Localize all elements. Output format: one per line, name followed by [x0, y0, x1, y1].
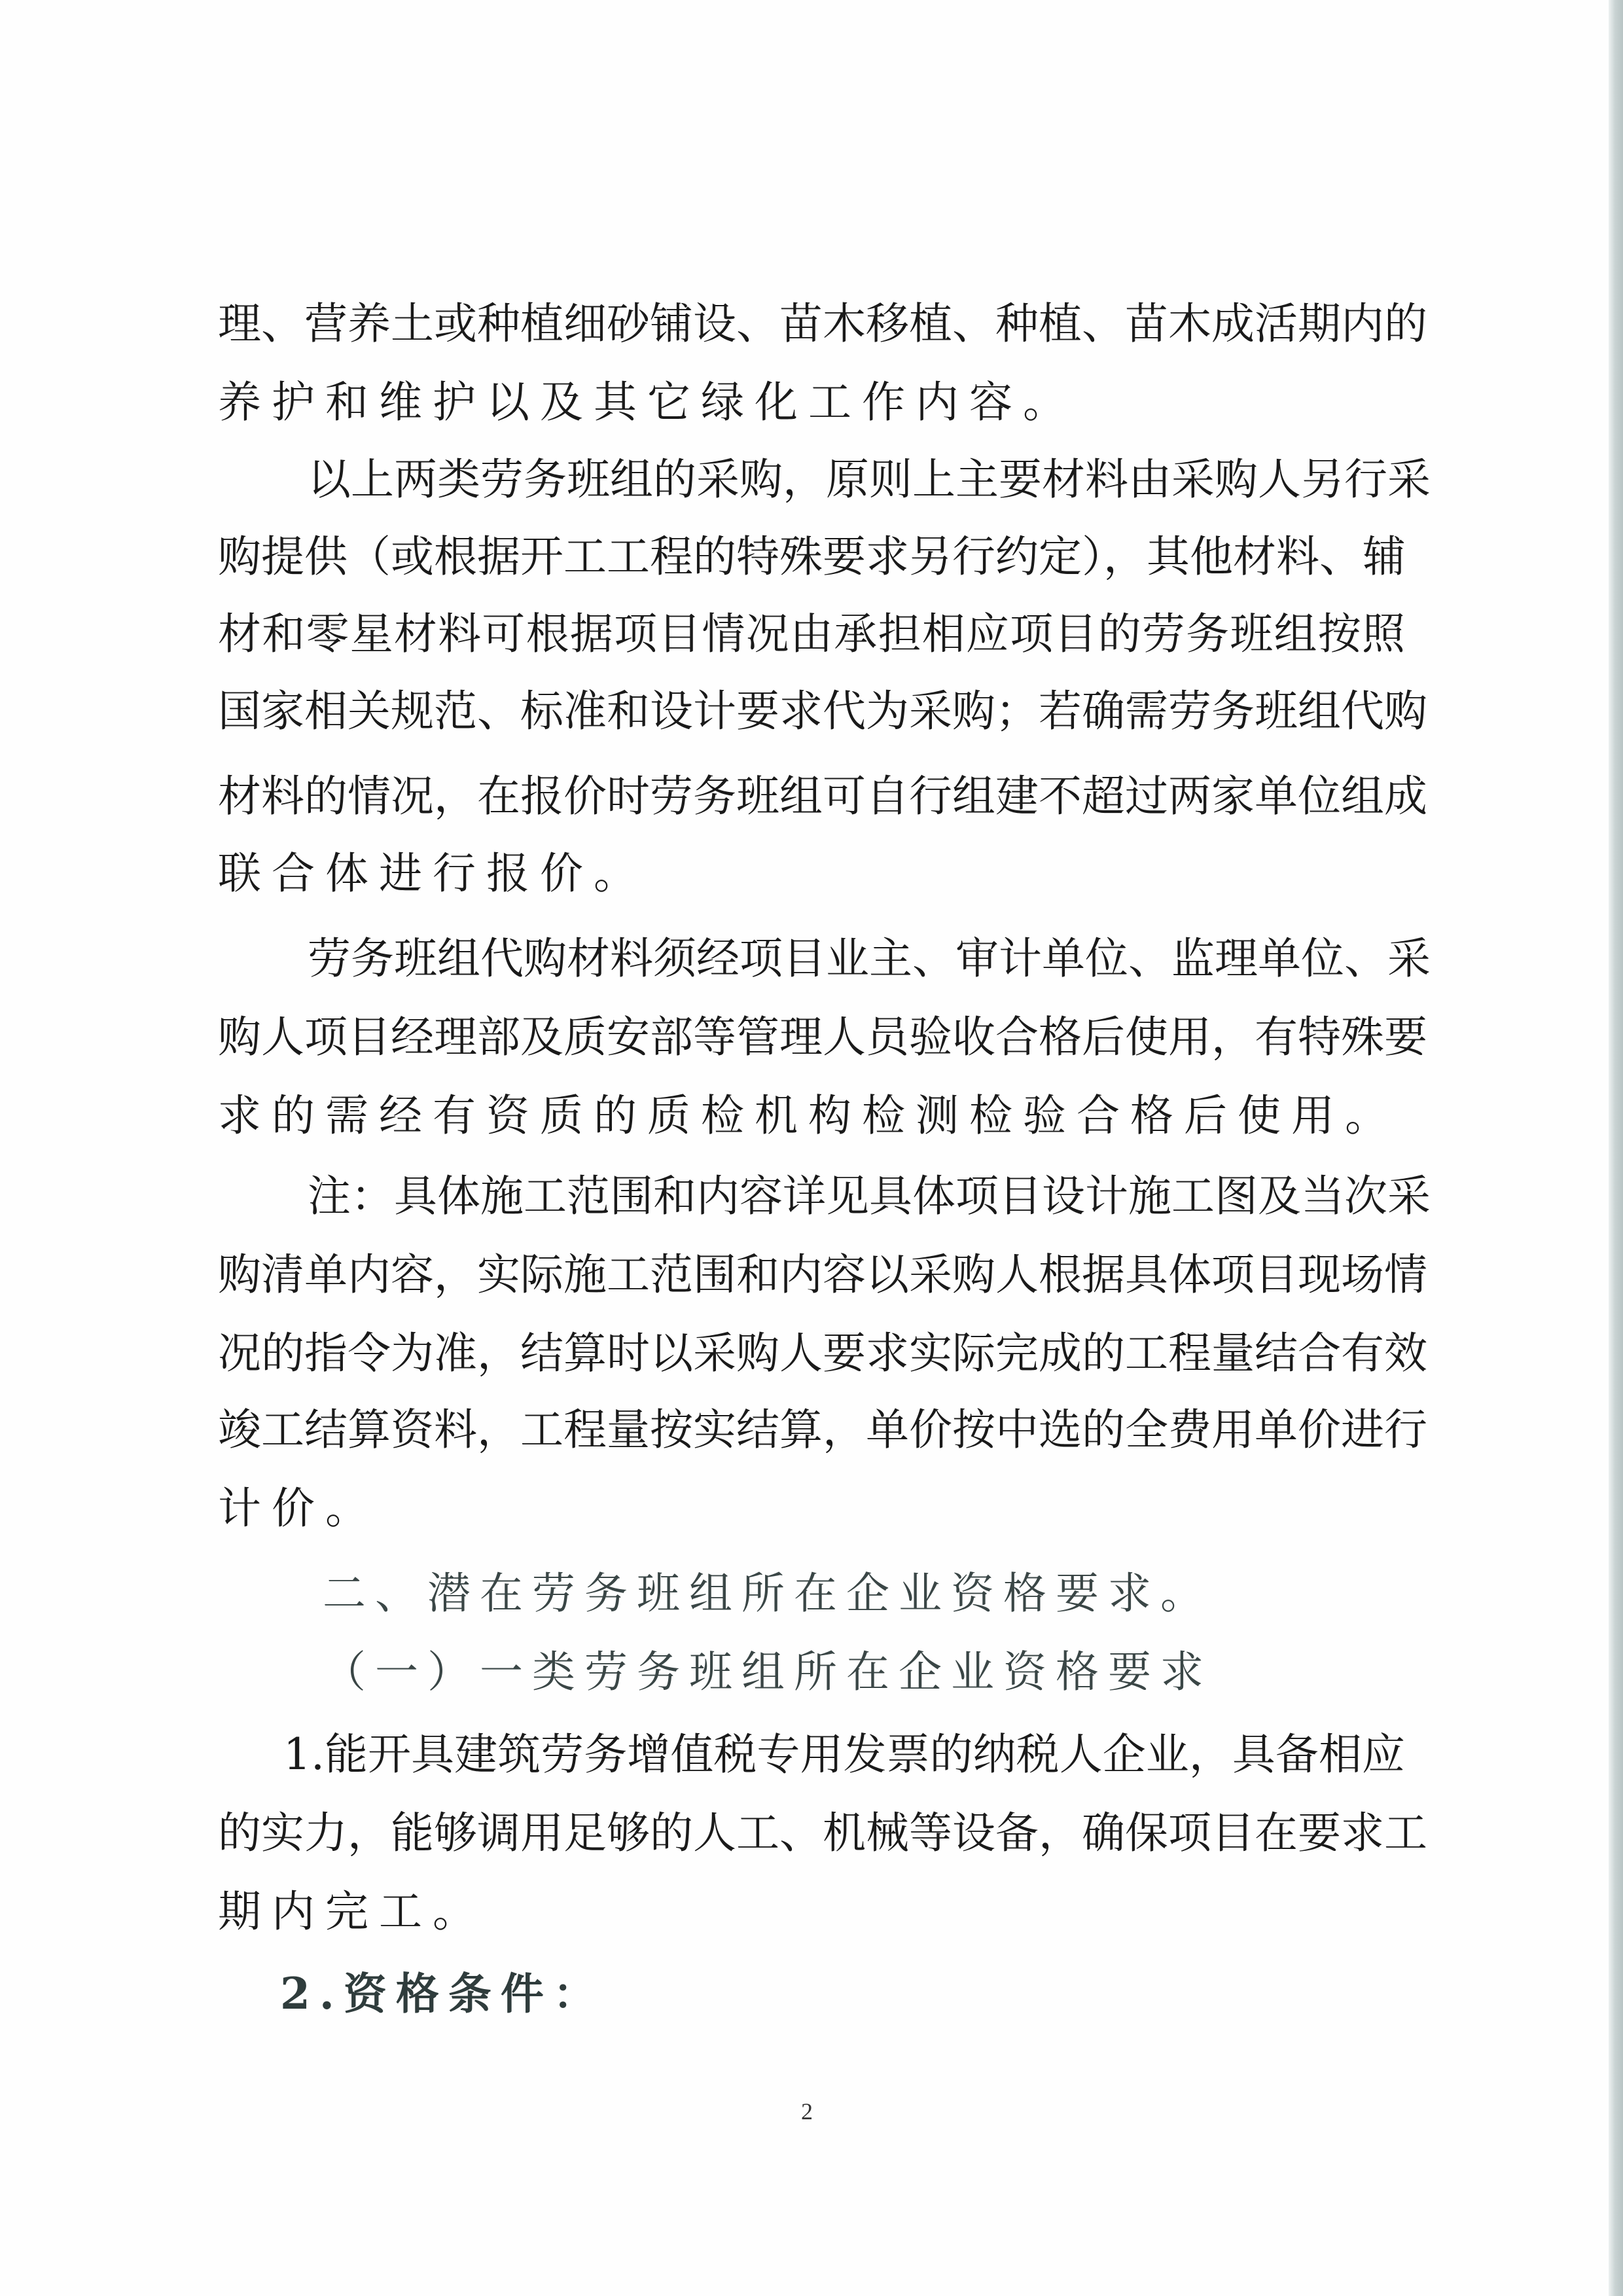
- paragraph-line: 材料的情况，在报价时劳务班组可自行组建不超过两家单位组成: [218, 775, 1405, 852]
- note-line: 注：具体施工范围和内容详见具体项目设计施工图及当次采: [308, 1175, 1405, 1252]
- item-1-line: 的实力，能够调用足够的人工、机械等设备，确保项目在要求工: [218, 1812, 1405, 1889]
- paragraph-line: 购人项目经理部及质安部等管理人员验收合格后使用，有特殊要: [218, 1016, 1405, 1093]
- note-line: 计价。: [218, 1487, 1405, 1564]
- note-line: 购清单内容，实际施工范围和内容以采购人根据具体项目现场情: [218, 1253, 1405, 1331]
- paragraph-line: 求的需经有资质的质检机构检测检验合格后使用。: [218, 1094, 1405, 1172]
- paragraph-line: 养护和维护以及其它绿化工作内容。: [218, 381, 1405, 458]
- item-2-heading: 2.资格条件：: [280, 1972, 605, 2015]
- page-number: 2: [801, 2100, 813, 2123]
- paragraph-line: 劳务班组代购材料须经项目业主、审计单位、监理单位、采: [308, 937, 1405, 1014]
- note-line: 竣工结算资料，工程量按实结算，单价按中选的全费用单价进行: [218, 1408, 1405, 1486]
- paragraph-line: 理、营养土或种植细砂铺设、苗木移植、种植、苗木成活期内的: [218, 302, 1405, 380]
- note-line: 况的指令为准，结算时以采购人要求实际完成的工程量结合有效: [218, 1332, 1405, 1409]
- paragraph-line: 联合体进行报价。: [218, 852, 1405, 929]
- item-1-line: 1.能开具建筑劳务增值税专用发票的纳税人企业，具备相应: [283, 1733, 1405, 1810]
- paragraph-line: 材和零星材料可根据项目情况由承担相应项目的劳务班组按照: [218, 613, 1405, 690]
- item-1-line: 期内完工。: [218, 1890, 1405, 1967]
- paragraph-line: 国家相关规范、标准和设计要求代为采购；若确需劳务班组代购: [218, 690, 1405, 767]
- paragraph-line: 购提供（或根据开工工程的特殊要求另行约定），其他材料、辅: [218, 535, 1405, 613]
- scan-edge-shadow: [1609, 0, 1623, 2296]
- subsection-heading: （一）一类劳务班组所在企业资格要求: [323, 1651, 1213, 1694]
- document-page: 理、营养土或种植细砂铺设、苗木移植、种植、苗木成活期内的 养护和维护以及其它绿化…: [0, 0, 1623, 2296]
- section-heading: 二、潜在劳务班组所在企业资格要求。: [323, 1572, 1213, 1615]
- paragraph-line: 以上两类劳务班组的采购，原则上主要材料由采购人另行采: [308, 458, 1405, 535]
